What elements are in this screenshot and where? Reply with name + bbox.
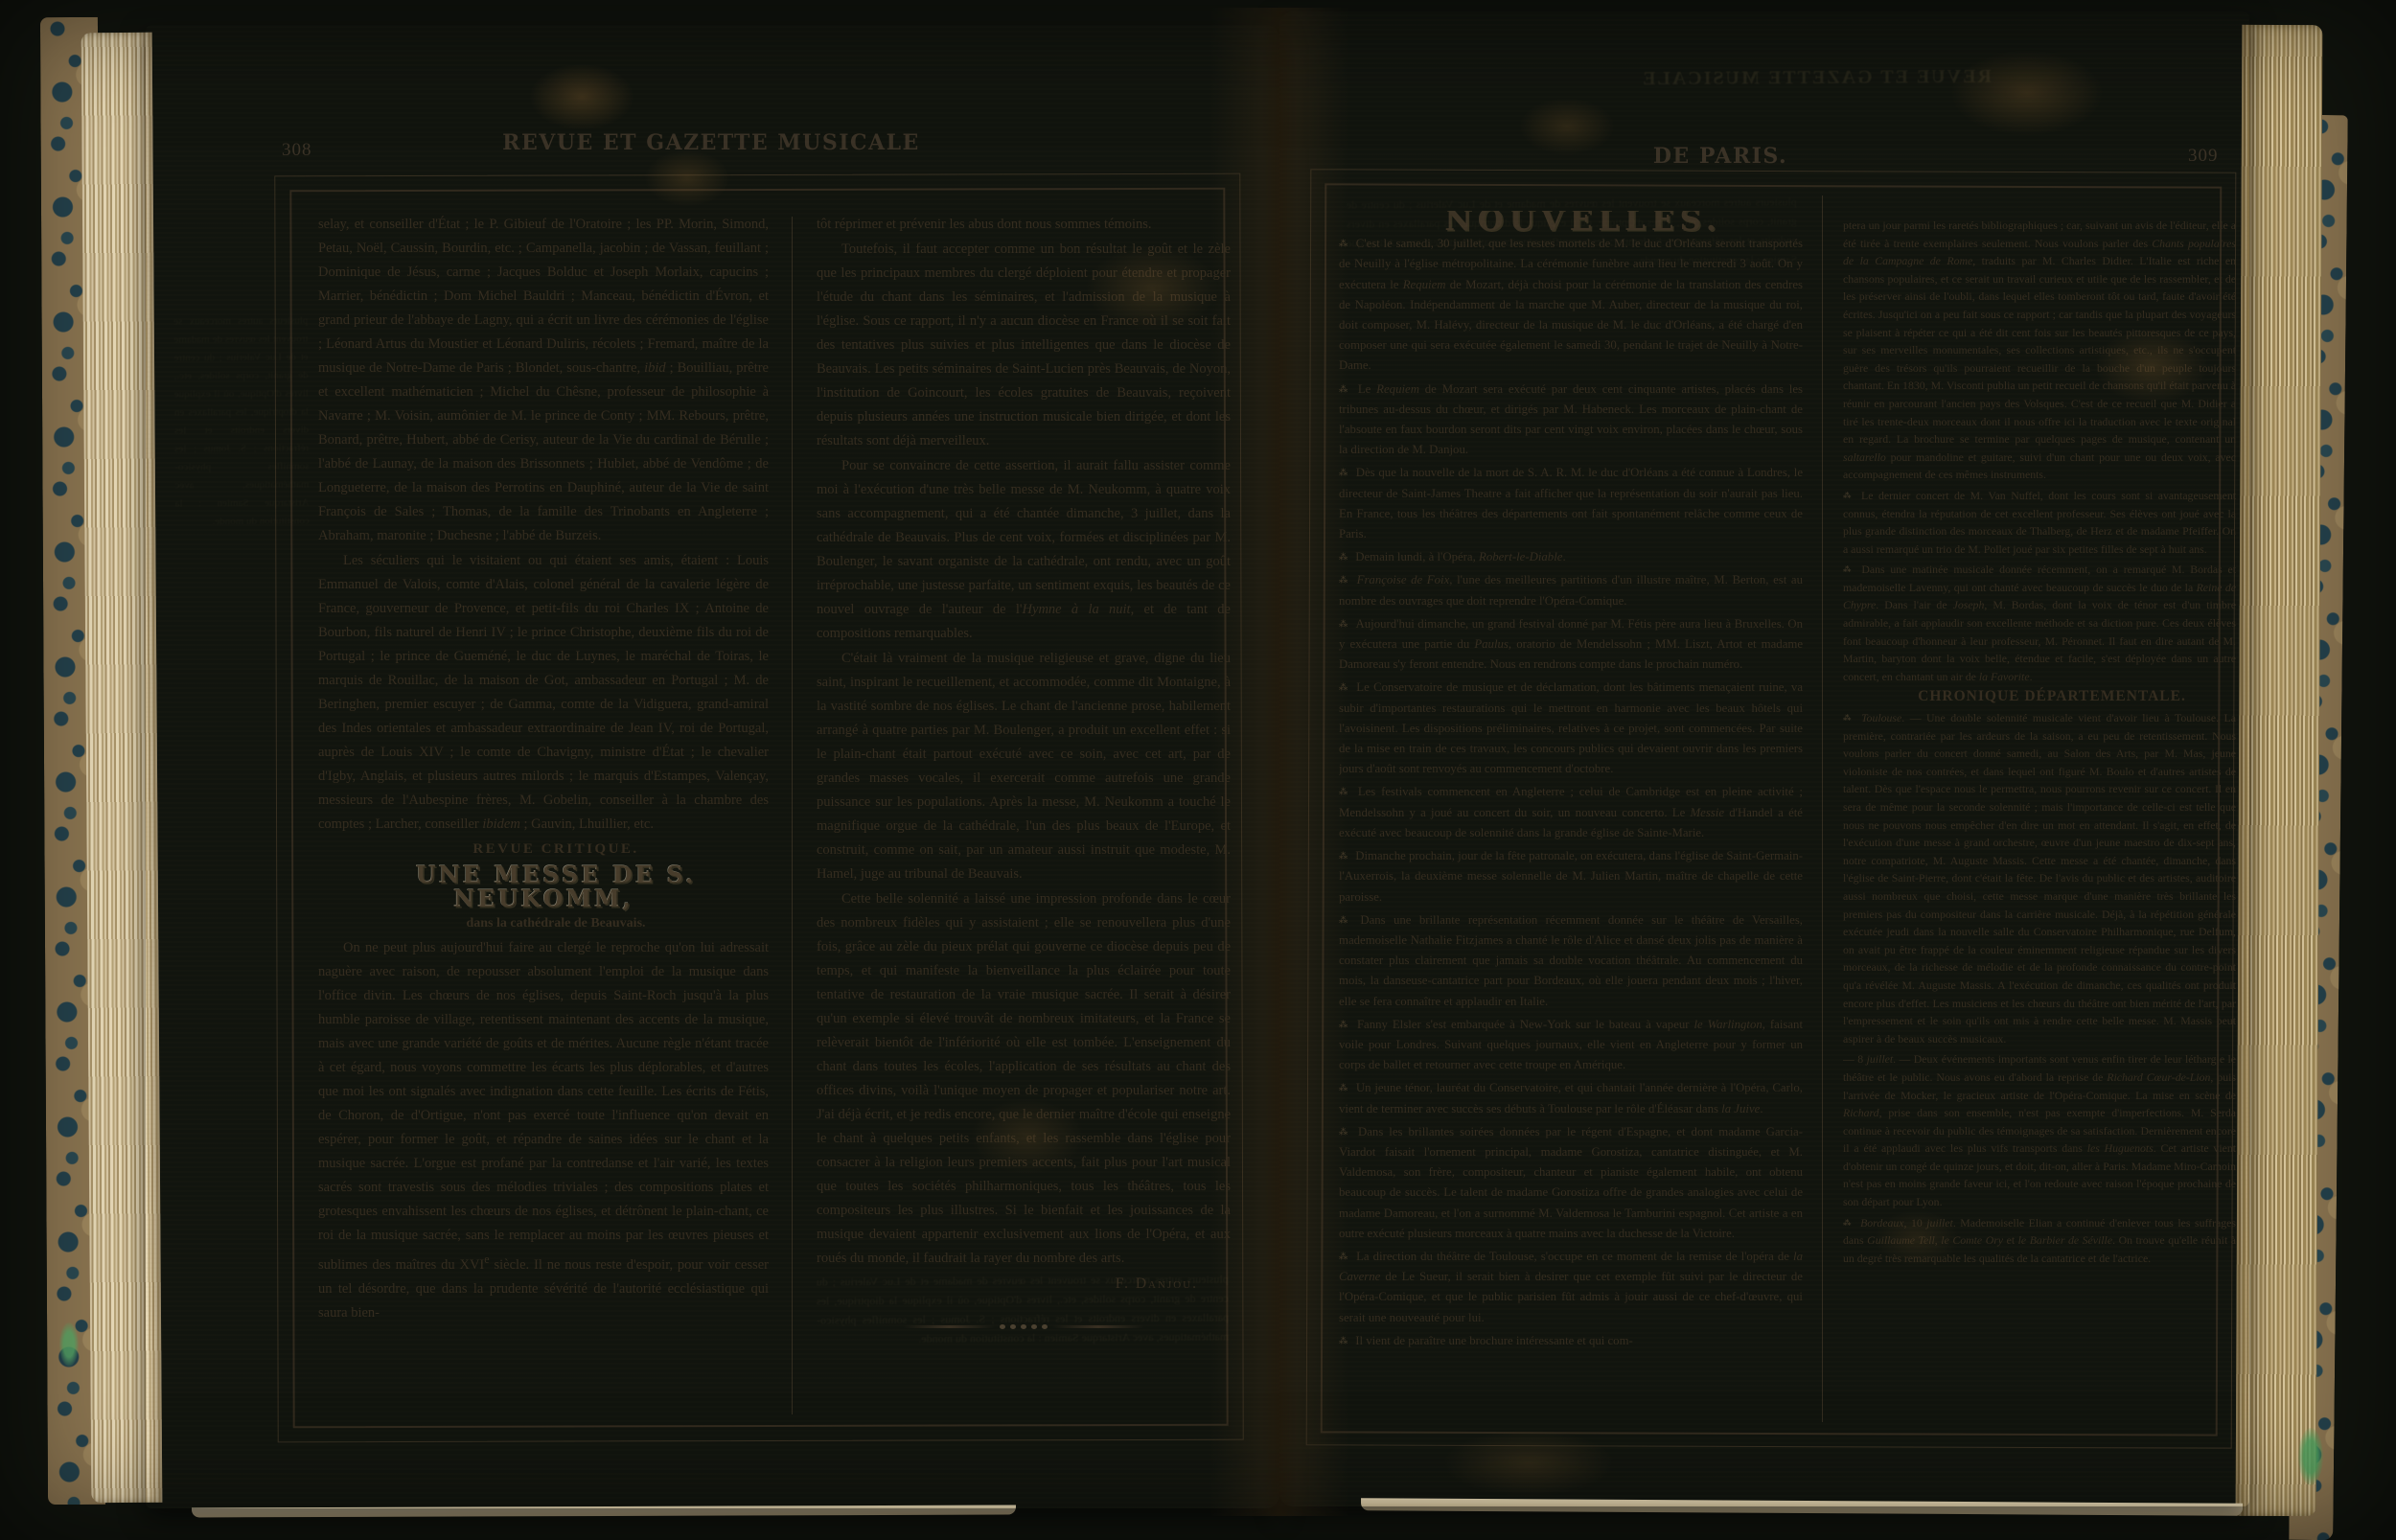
- asterism-icon: ⁂: [1339, 552, 1348, 562]
- news-item: ⁂Dans les brillantes soirées données par…: [1339, 1122, 1803, 1244]
- news-item: ⁂C'est le samedi, 30 juillet, que les re…: [1339, 234, 1803, 376]
- news-item: ⁂Aujourd'hui dimanche, un grand festival…: [1339, 614, 1803, 676]
- article-title: UNE MESSE DE S. NEUKOMM,: [318, 862, 769, 910]
- news-item: ⁂Dimanche prochain, jour de la fête patr…: [1339, 846, 1803, 908]
- news-item: ⁂Il vient de paraître une brochure intér…: [1339, 1331, 1803, 1351]
- right-page-column-1: NOUVELLES. ⁂C'est le samedi, 30 juillet,…: [1339, 211, 1803, 1422]
- author-signature: F. Danjou.: [817, 1272, 1231, 1296]
- news-item: ⁂La direction du théâtre de Toulouse, s'…: [1339, 1247, 1803, 1328]
- paragraph: Les séculiers qui le visitaient ou qui é…: [318, 549, 769, 837]
- paragraph: selay, et conseiller d'État ; le P. Gibi…: [318, 213, 769, 548]
- page-number-right: 309: [2188, 146, 2219, 167]
- asterism-icon: ⁂: [1843, 491, 1855, 500]
- asterism-icon: ⁂: [1339, 787, 1351, 796]
- section-ornament: [817, 1324, 1231, 1329]
- foxing-stain: [529, 63, 634, 130]
- left-page-column-2: tôt réprimer et prévenir les abus dont n…: [817, 213, 1231, 1413]
- asterism-icon: ⁂: [1339, 682, 1349, 692]
- asterism-icon: ⁂: [1339, 239, 1349, 248]
- asterism-icon: ⁂: [1339, 1127, 1351, 1137]
- running-title-right: DE PARIS.: [1577, 144, 1864, 169]
- news-item: ⁂Fanny Elsler s'est embarquée à New-York…: [1339, 1015, 1803, 1076]
- page-308: 308 REVUE ET GAZETTE MUSICALE selay, et …: [146, 25, 1279, 1508]
- news-item: ⁂Le dernier concert de M. Van Nuffel, do…: [1843, 487, 2236, 558]
- paragraph: On ne peut plus aujourd'hui faire au cle…: [318, 936, 769, 1325]
- paragraph: tôt réprimer et prévenir les abus dont n…: [817, 213, 1231, 237]
- asterism-icon: ⁂: [1339, 851, 1348, 861]
- foxing-stain: [1950, 50, 2104, 136]
- page-309: REVUE ET GAZETTE MUSICALE DE PARIS. 309 …: [1279, 11, 2249, 1506]
- asterism-icon: ⁂: [1339, 468, 1349, 477]
- foxing-stain: [644, 149, 730, 207]
- news-item: ⁂Demain lundi, à l'Opéra, Robert-le-Diab…: [1339, 547, 1803, 567]
- paragraph: Cette belle solennité a laissé une impre…: [817, 887, 1231, 1271]
- book-spread: 308 REVUE ET GAZETTE MUSICALE selay, et …: [0, 0, 2396, 1540]
- asterism-icon: ⁂: [1339, 1020, 1350, 1029]
- asterism-icon: ⁂: [1843, 564, 1855, 574]
- asterism-icon: ⁂: [1339, 384, 1351, 394]
- chronique-heading: CHRONIQUE DÉPARTEMENTALE.: [1843, 688, 2236, 706]
- left-page-column-1: selay, et conseiller d'État ; le P. Gibi…: [318, 213, 769, 1413]
- news-item: ⁂Le Conservatoire de musique et de décla…: [1339, 678, 1803, 779]
- asterism-icon: ⁂: [1339, 1083, 1349, 1092]
- bleed-through-running-title: REVUE ET GAZETTE MUSICALE: [1519, 65, 2113, 91]
- news-item: ⁂Les festivals commencent en Angleterre …: [1339, 782, 1803, 843]
- right-page-column-2: ptera un jour parmi les raretés bibliogr…: [1843, 217, 2236, 1424]
- bleed-through-text: plusieurs autres morceaux se trouvent le…: [173, 312, 310, 532]
- paragraph: C'était là vraiment de la musique religi…: [817, 647, 1231, 886]
- paragraph: Pour se convaincre de cette assertion, i…: [817, 454, 1231, 646]
- news-item: ⁂Dès que la nouvelle de la mort de S. A.…: [1339, 463, 1803, 544]
- news-item: ⁂Un jeune ténor, lauréat du Conservatoir…: [1339, 1078, 1803, 1118]
- nouvelles-heading: NOUVELLES.: [1339, 211, 1803, 231]
- dispatch-item: ⁂Toulouse. — Une double solennité musica…: [1843, 709, 2236, 1047]
- running-title-left: REVUE ET GAZETTE MUSICALE: [486, 130, 936, 155]
- foxing-stain: [1442, 1430, 1615, 1497]
- asterism-icon: ⁂: [1339, 1336, 1348, 1345]
- marbling-smudge: [59, 1322, 79, 1367]
- asterism-icon: ⁂: [1843, 713, 1855, 723]
- section-kicker: REVUE CRITIQUE.: [318, 838, 769, 862]
- news-item: ⁂Françoise de Foix, l'une des meilleures…: [1339, 570, 1803, 610]
- news-item: ⁂Dans une brillante représentation récem…: [1339, 910, 1803, 1012]
- asterism-icon: ⁂: [1339, 1252, 1349, 1261]
- news-item: ⁂Le Requiem de Mozart sera exécuté par d…: [1339, 379, 1803, 461]
- dispatch-item: ⁂Bordeaux, 10 juillet. Mademoiselle Elia…: [1843, 1214, 2236, 1268]
- asterism-icon: ⁂: [1339, 619, 1349, 629]
- asterism-icon: ⁂: [1339, 575, 1350, 585]
- column-rule-right-page: [1822, 195, 1823, 1422]
- article-subtitle: dans la cathédrale de Beauvais.: [318, 911, 769, 935]
- paragraph: Toutefois, il faut accepter comme un bon…: [817, 238, 1231, 453]
- paragraph: ptera un jour parmi les raretés bibliogr…: [1843, 217, 2236, 484]
- marbling-smudge: [2298, 1428, 2323, 1485]
- asterism-icon: ⁂: [1843, 1218, 1854, 1228]
- dispatch-item: — 8 juillet. — Deux événements important…: [1843, 1050, 2236, 1210]
- page-number-left: 308: [282, 140, 312, 161]
- asterism-icon: ⁂: [1339, 915, 1353, 925]
- news-item: ⁂Dans une matinée musicale donnée récemm…: [1843, 561, 2236, 685]
- column-rule-left-page: [792, 217, 793, 1414]
